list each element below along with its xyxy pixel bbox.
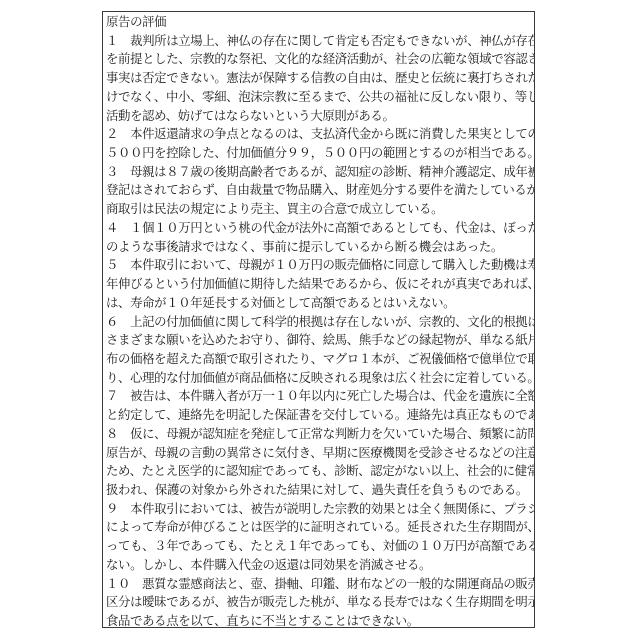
text-line: ７ 被告は、本件購入者が万一１０年以内に死亡した場合は、代金を遺族に全額返金する — [106, 387, 534, 406]
text-line: 年伸びるという付加価値に期待した結果であるから、仮にそれが真実であれば、１０万円 — [106, 275, 534, 294]
text-line: ため、たとえ医学的に認知症であっても、診断、認定がない以上、社会的に健常者として — [106, 462, 534, 481]
text-line: を前提とした、宗教的な祭祀、文化的な経済活動が、社会の広範な領域で容認されている — [106, 50, 534, 69]
text-line: ６ 上記の付加価値に関して科学的根拠は存在しないが、宗教的、文化的根拠は存在する… — [106, 313, 534, 332]
text-line: ５００円を控除した、付加価値分９９，５００円の範囲とするのが相当である。 — [106, 144, 534, 163]
text-line: ４ １個１０万円という桃の代金が法外に高額であるとしても、代金は、ぼったくりバー — [106, 219, 534, 238]
text-line: ない。しかし、本件購入代金の返還は同効果を消滅させる。 — [106, 556, 534, 575]
text-line: り、心理的な付加価値が商品価格に反映される現象は広く社会に定着している。 — [106, 369, 534, 388]
text-line: によって寿命が伸びることは医学的に証明されている。延長された生存期間が、５年であ — [106, 518, 534, 537]
text-line: ５ 本件取引において、母親が１０万円の販売価格に同意して購入した動機は寿命が１０ — [106, 256, 534, 275]
text-line: っても、３年であっても、たとえ１年であっても、対価の１０万円が高額であるとはいえ — [106, 537, 534, 556]
document-title: 原告の評価 — [106, 13, 534, 32]
text-line: のような事後請求ではなく、事前に提示しているから断る機会はあった。 — [106, 238, 534, 257]
text-line: 区分は曖昧であるが、被告が販売した桃が、単なる長寿ではなく生存期間を明示した点と… — [106, 593, 534, 612]
text-line: ３ 母親は８７歳の後期高齢者であるが、認知症の診断、精神介護認定、成年被後見人の — [106, 163, 534, 182]
text-line: けでなく、中小、零細、泡沫宗教に至るまで、公共の福祉に反しない限り、等しく自由な — [106, 88, 534, 107]
text-line: 布の価格を超えた高額で取引されたり、マグロ１本が、ご祝儀価格で億単位で取引された — [106, 350, 534, 369]
text-line: 原告が、母親の言動の異常さに気付き、早期に医療機関を受診させるなどの注意を怠った — [106, 444, 534, 463]
text-line: 食品である点を以て、直ちに不当とすることはできない。 — [106, 612, 534, 631]
document-frame: 原告の評価 １ 裁判所は立場上、神仏の存在に関して肯定も否定もできないが、神仏が… — [102, 11, 535, 628]
text-line: と約定して、連絡先を明記した保証書を交付している。連絡先は真正なものである。 — [106, 406, 534, 425]
text-line: １ 裁判所は立場上、神仏の存在に関して肯定も否定もできないが、神仏が存在すること — [106, 32, 534, 51]
text-line: 登記はされておらず、自由裁量で物品購入、財産処分する要件を満たしているから、本件 — [106, 181, 534, 200]
text-line: は、寿命が１０年延長する対価として高額であるとはいえない。 — [106, 294, 534, 313]
text-line: 事実は否定できない。憲法が保障する信教の自由は、歴史と伝統に裏打ちされた大宗教だ — [106, 69, 534, 88]
text-line: 扱われ、保護の対象から外された結果に対して、過失責任を負うものである。 — [106, 481, 534, 500]
text-line: ２ 本件返還請求の争点となるのは、支払済代金から既に消費した果実としての桃の代金 — [106, 125, 534, 144]
text-line: １０ 悪質な霊感商法と、壺、掛軸、印鑑、財布などの一般的な開運商品の販売事業との — [106, 575, 534, 594]
text-line: さまざまな願いを込めたお守り、御符、絵馬、熊手などの縁起物が、単なる紙片、木材、 — [106, 331, 534, 350]
text-line: ９ 本件取引においては、被告が説明した宗教的効果とは全く無関係に、プラシーボ効果 — [106, 500, 534, 519]
text-line: 商取引は民法の規定により売主、買主の合意で成立している。 — [106, 200, 534, 219]
text-line: 活動を認め、妨げてはならないという大原則がある。 — [106, 107, 534, 126]
text-line: ８ 仮に、母親が認知症を発症して正常な判断力を欠いていた場合、頻繁に訪問している — [106, 425, 534, 444]
